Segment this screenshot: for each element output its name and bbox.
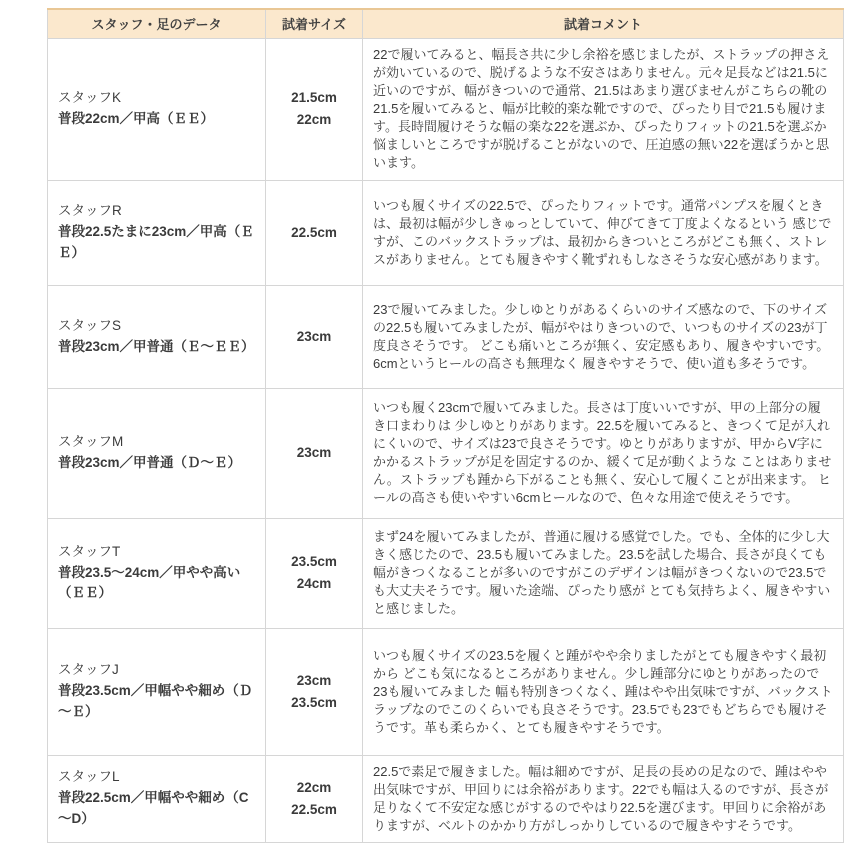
staff-cell: スタッフT 普段23.5～24cm／甲やや高い（ＥＥ） [48, 518, 266, 628]
comment-cell: 22.5で素足で履きました。幅は細めですが、足長の長めの足なので、踵はやや出気味… [363, 755, 844, 842]
staff-name: スタッフS [58, 316, 261, 337]
staff-name: スタッフK [58, 88, 261, 109]
staff-name: スタッフJ [58, 660, 261, 681]
staff-foot-data: 普段23.5cm／甲幅やや細め（Ｄ～Ｅ） [58, 681, 261, 723]
comment-text: まず24を履いてみましたが、普通に履ける感覚でした。でも、全体的に少し大きく感じ… [373, 529, 830, 616]
comment-text: 22.5で素足で履きました。幅は細めですが、足長の長めの足なので、踵はやや出気味… [373, 764, 828, 833]
fitting-table-container: スタッフ・足のデータ 試着サイズ 試着コメント スタッフK 普段22cm／甲高（… [47, 8, 843, 843]
fitting-table: スタッフ・足のデータ 試着サイズ 試着コメント スタッフK 普段22cm／甲高（… [47, 8, 844, 843]
table-row: スタッフM 普段23cm／甲普通（Ｄ～Ｅ） 23cm いつも履く23cmで履いて… [48, 388, 844, 518]
size-cell: 23.5cm 24cm [266, 518, 363, 628]
comment-cell: 22で履いてみると、幅長さ共に少し余裕を感じましたが、ストラップの押さえが効いて… [363, 38, 844, 180]
staff-cell: スタッフM 普段23cm／甲普通（Ｄ～Ｅ） [48, 388, 266, 518]
comment-cell: いつも履くサイズの22.5で、ぴったりフィットです。通常パンプスを履くときは、最… [363, 180, 844, 285]
staff-foot-data: 普段23cm／甲普通（Ｅ～ＥＥ） [58, 337, 261, 358]
table-row: スタッフS 普段23cm／甲普通（Ｅ～ＥＥ） 23cm 23で履いてみました。少… [48, 285, 844, 388]
staff-cell: スタッフL 普段22.5cm／甲幅やや細め（C～D） [48, 755, 266, 842]
staff-name: スタッフR [58, 201, 261, 222]
size-cell: 23cm [266, 285, 363, 388]
col-header-try-on-comment: 試着コメント [363, 9, 844, 38]
comment-cell: 23で履いてみました。少しゆとりがあるくらいのサイズ感なので、下のサイズの22.… [363, 285, 844, 388]
size-value: 23.5cm [268, 551, 360, 573]
size-value: 23cm [268, 326, 360, 348]
comment-text: いつも履く23cmで履いてみました。長さは丁度いいですが、甲の上部分の履き口まわ… [373, 400, 831, 505]
size-value: 22.5cm [268, 222, 360, 244]
size-cell: 22cm 22.5cm [266, 755, 363, 842]
staff-cell: スタッフS 普段23cm／甲普通（Ｅ～ＥＥ） [48, 285, 266, 388]
table-row: スタッフL 普段22.5cm／甲幅やや細め（C～D） 22cm 22.5cm 2… [48, 755, 844, 842]
size-value: 22.5cm [268, 799, 360, 821]
size-cell: 23cm 23.5cm [266, 628, 363, 755]
col-header-staff-foot-data: スタッフ・足のデータ [48, 9, 266, 38]
table-row: スタッフT 普段23.5～24cm／甲やや高い（ＥＥ） 23.5cm 24cm … [48, 518, 844, 628]
staff-foot-data: 普段22cm／甲高（ＥＥ） [58, 109, 261, 130]
comment-text: 22で履いてみると、幅長さ共に少し余裕を感じましたが、ストラップの押さえが効いて… [373, 47, 829, 170]
size-value: 21.5cm [268, 87, 360, 109]
staff-name: スタッフL [58, 767, 261, 788]
size-value: 22cm [268, 109, 360, 131]
page: スタッフ・足のデータ 試着サイズ 試着コメント スタッフK 普段22cm／甲高（… [0, 0, 845, 845]
staff-cell: スタッフR 普段22.5たまに23cm／甲高（ＥＥ） [48, 180, 266, 285]
staff-foot-data: 普段22.5たまに23cm／甲高（ＥＥ） [58, 222, 261, 264]
staff-name: スタッフT [58, 542, 261, 563]
comment-text: いつも履くサイズの23.5を履くと踵がやや余りましたがとても履きやすく最初から … [373, 648, 833, 735]
staff-foot-data: 普段23.5～24cm／甲やや高い（ＥＥ） [58, 563, 261, 605]
size-value: 23cm [268, 442, 360, 464]
header-row: スタッフ・足のデータ 試着サイズ 試着コメント [48, 9, 844, 38]
size-value: 23cm [268, 670, 360, 692]
staff-name: スタッフM [58, 432, 261, 453]
comment-text: いつも履くサイズの22.5で、ぴったりフィットです。通常パンプスを履くときは、最… [373, 198, 831, 267]
table-row: スタッフR 普段22.5たまに23cm／甲高（ＥＥ） 22.5cm いつも履くサ… [48, 180, 844, 285]
size-cell: 22.5cm [266, 180, 363, 285]
size-value: 22cm [268, 777, 360, 799]
size-value: 24cm [268, 573, 360, 595]
comment-text: 23で履いてみました。少しゆとりがあるくらいのサイズ感なので、下のサイズの22.… [373, 302, 829, 371]
staff-foot-data: 普段23cm／甲普通（Ｄ～Ｅ） [58, 453, 261, 474]
comment-cell: いつも履くサイズの23.5を履くと踵がやや余りましたがとても履きやすく最初から … [363, 628, 844, 755]
comment-cell: いつも履く23cmで履いてみました。長さは丁度いいですが、甲の上部分の履き口まわ… [363, 388, 844, 518]
staff-cell: スタッフJ 普段23.5cm／甲幅やや細め（Ｄ～Ｅ） [48, 628, 266, 755]
table-row: スタッフK 普段22cm／甲高（ＥＥ） 21.5cm 22cm 22で履いてみる… [48, 38, 844, 180]
col-header-try-on-size: 試着サイズ [266, 9, 363, 38]
staff-cell: スタッフK 普段22cm／甲高（ＥＥ） [48, 38, 266, 180]
size-value: 23.5cm [268, 692, 360, 714]
size-cell: 23cm [266, 388, 363, 518]
comment-cell: まず24を履いてみましたが、普通に履ける感覚でした。でも、全体的に少し大きく感じ… [363, 518, 844, 628]
table-row: スタッフJ 普段23.5cm／甲幅やや細め（Ｄ～Ｅ） 23cm 23.5cm い… [48, 628, 844, 755]
staff-foot-data: 普段22.5cm／甲幅やや細め（C～D） [58, 788, 261, 830]
size-cell: 21.5cm 22cm [266, 38, 363, 180]
